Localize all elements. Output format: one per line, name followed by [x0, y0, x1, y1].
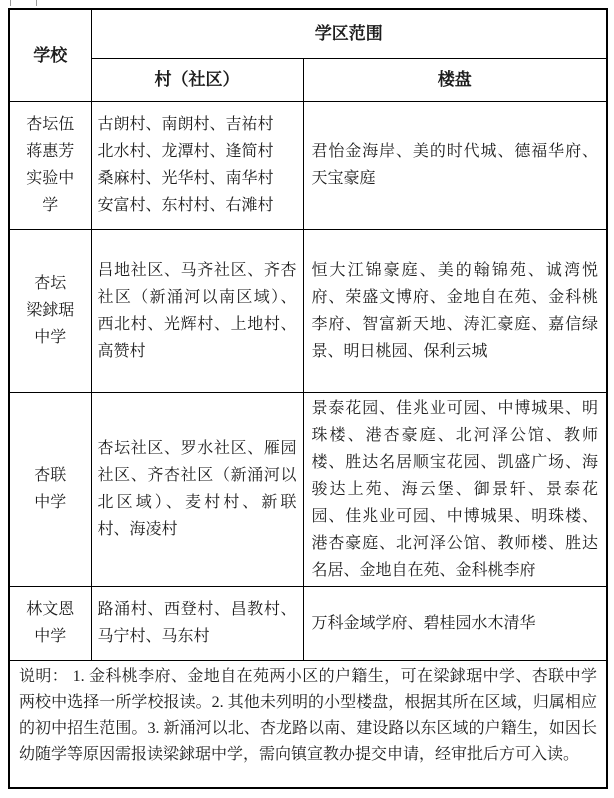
estates-cell: 恒大江锦豪庭、美的翰锦苑、诚湾悦府、荣盛文博府、金地自在苑、金科桃李府、智富新天… [303, 229, 607, 392]
school-cell: 林文恩 中学 [9, 586, 91, 660]
estates-cell: 景泰花园、佳兆业可园、中博城果、明珠楼、港杏豪庭、北河泽公馆、教师楼、胜达名居顺… [303, 392, 607, 586]
explanation-note: 说明： 1. 金科桃李府、金地自在苑两小区的户籍生，可在梁銶琚中学、杏联中学两校… [9, 660, 607, 788]
note-row: 说明： 1. 金科桃李府、金地自在苑两小区的户籍生，可在梁銶琚中学、杏联中学两校… [9, 660, 607, 788]
villages-cell: 杏坛社区、罗水社区、雁园社区、齐杏社区（新涌河以北区域）、麦村村、新联村、海凌村 [91, 392, 303, 586]
header-estates: 楼盘 [303, 58, 607, 101]
crop-artifact [10, 0, 11, 6]
table-row: 杏联 中学 杏坛社区、罗水社区、雁园社区、齐杏社区（新涌河以北区域）、麦村村、新… [9, 392, 607, 586]
school-cell: 杏坛伍 蒋惠芳 实验中 学 [9, 101, 91, 229]
header-village-community: 村（社区） [91, 58, 303, 101]
header-row-2: 村（社区） 楼盘 [9, 58, 607, 101]
villages-cell: 吕地社区、马齐社区、齐杏社区（新涌河以南区域）、西北村、光辉村、上地村、高赞村 [91, 229, 303, 392]
school-cell: 杏联 中学 [9, 392, 91, 586]
header-row-1: 学校 学区范围 [9, 9, 607, 58]
header-school: 学校 [9, 9, 91, 101]
school-district-table: 学校 学区范围 村（社区） 楼盘 杏坛伍 蒋惠芳 实验中 学 古朗村、南朗村、吉… [8, 8, 608, 789]
header-district-range: 学区范围 [91, 9, 607, 58]
table-row: 杏坛 梁銶琚 中学 吕地社区、马齐社区、齐杏社区（新涌河以南区域）、西北村、光辉… [9, 229, 607, 392]
villages-cell: 古朗村、南朗村、吉祐村 北水村、龙潭村、逢简村 桑麻村、光华村、南华村 安富村、… [91, 101, 303, 229]
document-page: 学校 学区范围 村（社区） 楼盘 杏坛伍 蒋惠芳 实验中 学 古朗村、南朗村、吉… [0, 0, 614, 798]
table-row: 杏坛伍 蒋惠芳 实验中 学 古朗村、南朗村、吉祐村 北水村、龙潭村、逢简村 桑麻… [9, 101, 607, 229]
villages-cell: 路涌村、西登村、昌教村、马宁村、马东村 [91, 586, 303, 660]
estates-cell: 万科金域学府、碧桂园水木清华 [303, 586, 607, 660]
estates-cell: 君怡金海岸、美的时代城、德福华府、天宝豪庭 [303, 101, 607, 229]
school-cell: 杏坛 梁銶琚 中学 [9, 229, 91, 392]
crop-artifact [36, 0, 37, 6]
table-row: 林文恩 中学 路涌村、西登村、昌教村、马宁村、马东村 万科金域学府、碧桂园水木清… [9, 586, 607, 660]
